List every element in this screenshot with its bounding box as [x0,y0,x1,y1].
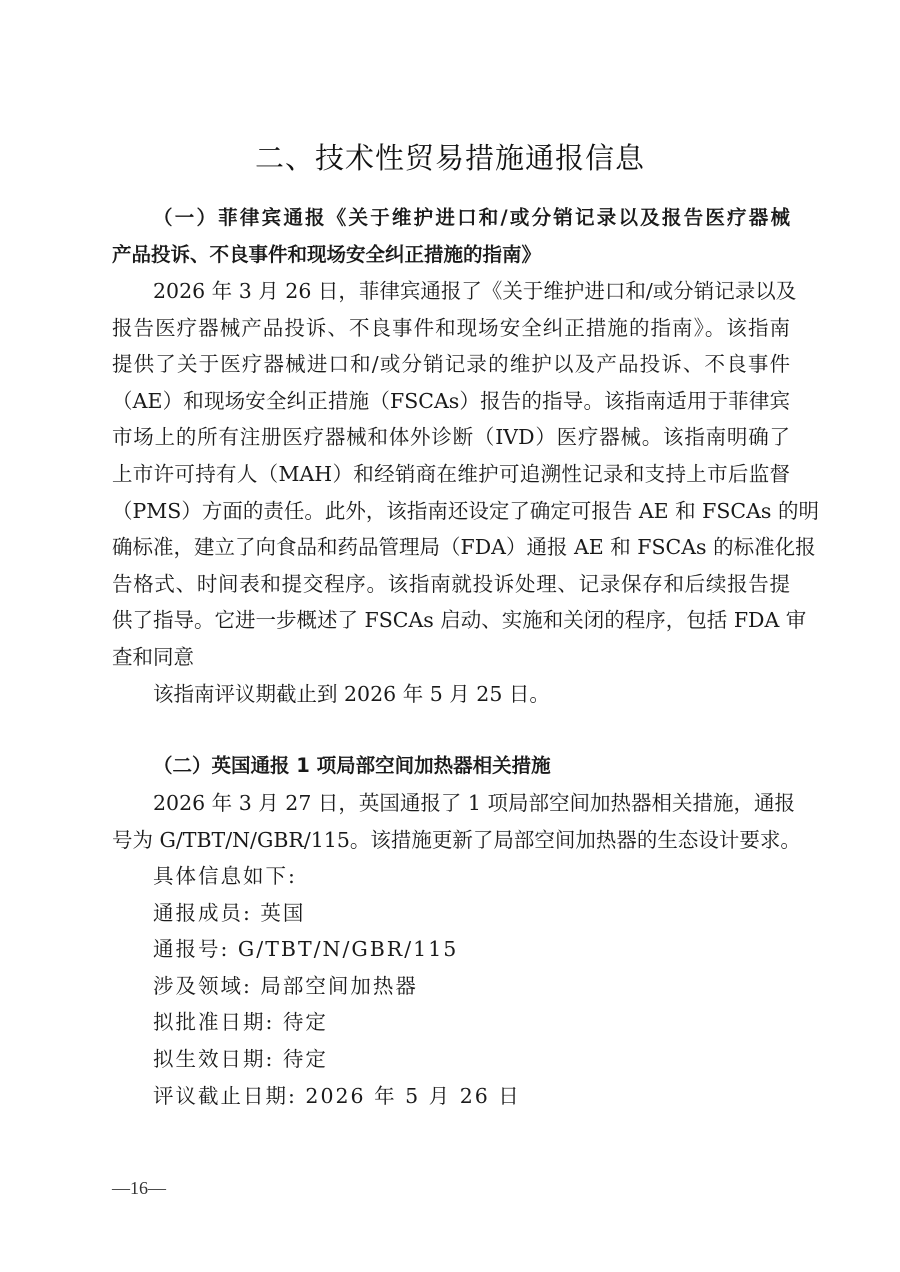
item1-body: 2026 年 3 月 26 日，菲律宾通报了《关于维护进口和/或分销记录以及 报… [112,273,790,712]
detail-proposed-adoption-date: 拟批准日期: 待定 [112,1004,790,1041]
detail-notifying-member: 通报成员: 英国 [112,895,790,932]
detail-proposed-entry-into-force: 拟生效日期: 待定 [112,1041,790,1078]
page-number: —16— [112,1178,166,1199]
item1-body-line: 提供了关于医疗器械进口和/或分销记录的维护以及产品投诉、不良事件 [112,346,790,383]
item1-body-line: 2026 年 3 月 26 日，菲律宾通报了《关于维护进口和/或分销记录以及 [112,273,790,310]
item2-body-line: 2026 年 3 月 27 日，英国通报了 1 项局部空间加热器相关措施，通报 [112,785,790,822]
details-intro: 具体信息如下: [112,858,790,895]
item1-body-line: 查和同意 [112,639,790,676]
detail-products-covered: 涉及领域: 局部空间加热器 [112,968,790,1005]
item2-heading: （二）英国通报 1 项局部空间加热器相关措施 [112,748,790,785]
item2-body-line: 号为 G/TBT/N/GBR/115。该措施更新了局部空间加热器的生态设计要求。 [112,822,790,859]
item1-body-line: 供了指导。它进一步概述了 FSCAs 启动、实施和关闭的程序，包括 FDA 审 [112,602,790,639]
item2-heading-block: （二）英国通报 1 项局部空间加热器相关措施 [112,748,790,785]
item1-body-line: 报告医疗器械产品投诉、不良事件和现场安全纠正措施的指南》。该指南 [112,310,790,347]
item1-body-line: （PMS）方面的责任。此外，该指南还设定了确定可报告 AE 和 FSCAs 的明 [112,493,790,530]
detail-notification-number: 通报号: G/TBT/N/GBR/115 [112,931,790,968]
document-page: 二、技术性贸易措施通报信息 （一）菲律宾通报《关于维护进口和/或分销记录以及报告… [0,0,900,1272]
item1-body-line: 确标准，建立了向食品和药品管理局（FDA）通报 AE 和 FSCAs 的标准化报 [112,529,790,566]
section-title: 二、技术性贸易措施通报信息 [0,138,900,178]
item1-heading-line-2: 产品投诉、不良事件和现场安全纠正措施的指南》 [112,237,790,274]
item1-body-line: 市场上的所有注册医疗器械和体外诊断（IVD）医疗器械。该指南明确了 [112,419,790,456]
item1-heading-line-1: （一）菲律宾通报《关于维护进口和/或分销记录以及报告医疗器械 [112,200,790,237]
item1-body-line: 上市许可持有人（MAH）和经销商在维护可追溯性记录和支持上市后监督 [112,456,790,493]
item1-body-line: 告格式、时间表和提交程序。该指南就投诉处理、记录保存和后续报告提 [112,566,790,603]
item1-body-line: （AE）和现场安全纠正措施（FSCAs）报告的指导。该指南适用于菲律宾 [112,383,790,420]
item2-details: 具体信息如下: 通报成员: 英国 通报号: G/TBT/N/GBR/115 涉及… [112,858,790,1114]
item2-body: 2026 年 3 月 27 日，英国通报了 1 项局部空间加热器相关措施，通报 … [112,785,790,858]
detail-comment-deadline: 评议截止日期: 2026 年 5 月 26 日 [112,1078,790,1115]
item1-heading: （一）菲律宾通报《关于维护进口和/或分销记录以及报告医疗器械 产品投诉、不良事件… [112,200,790,273]
item1-comment-deadline: 该指南评议期截止到 2026 年 5 月 25 日。 [112,676,790,713]
